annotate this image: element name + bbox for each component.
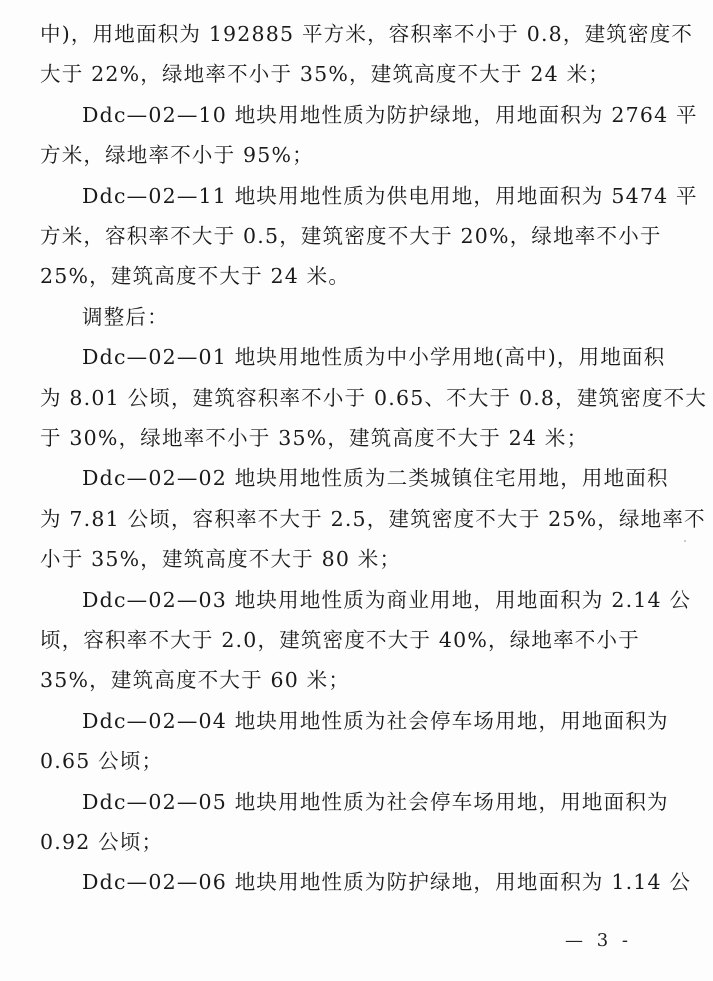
document-page: 中)，用地面积为 192885 平方米，容积率不小于 0.8，建筑密度不 大于 … (0, 0, 713, 981)
text-line: 35%，建筑高度不大于 60 米； (40, 667, 680, 693)
text-line: Ddc—02—03 地块用地性质为商业用地，用地面积为 2.14 公 (82, 587, 713, 613)
page-number: — 3 - (565, 930, 632, 952)
text-line: 为 8.01 公顷，建筑容积率不小于 0.65、不大于 0.8，建筑密度不大 (40, 385, 680, 411)
text-line: Ddc—02—11 地块用地性质为供电用地，用地面积为 5474 平 (82, 183, 713, 209)
text-line: 方米，绿地率不小于 95%； (40, 142, 680, 168)
text-line: Ddc—02—02 地块用地性质为二类城镇住宅用地，用地面积 (82, 465, 713, 491)
text-line: 0.92 公顷； (40, 829, 680, 855)
text-line: 顷，容积率不大于 2.0，建筑密度不大于 40%，绿地率不小于 (40, 627, 680, 653)
text-line: 方米，容积率不大于 0.5，建筑密度不大于 20%，绿地率不小于 (40, 223, 680, 249)
text-line: 0.65 公顷； (40, 748, 680, 774)
text-line: 中)，用地面积为 192885 平方米，容积率不小于 0.8，建筑密度不 (40, 21, 680, 47)
text-line: Ddc—02—05 地块用地性质为社会停车场用地，用地面积为 (82, 789, 713, 815)
text-line: Ddc—02—01 地块用地性质为中小学用地(高中)，用地面积 (82, 344, 713, 370)
text-line: 小于 35%，建筑高度不大于 80 米； (40, 546, 680, 572)
text-line: 25%，建筑高度不大于 24 米。 (40, 263, 680, 289)
text-line: 为 7.81 公顷，容积率不大于 2.5，建筑密度不大于 25%，绿地率不 (40, 506, 680, 532)
text-line: 于 30%，绿地率不小于 35%，建筑高度不大于 24 米； (40, 425, 680, 451)
text-line: 大于 22%，绿地率不小于 35%，建筑高度不大于 24 米； (40, 61, 680, 87)
text-line: Ddc—02—04 地块用地性质为社会停车场用地，用地面积为 (82, 708, 713, 734)
text-line: Ddc—02—10 地块用地性质为防护绿地，用地面积为 2764 平 (82, 102, 713, 128)
text-line: Ddc—02—06 地块用地性质为防护绿地，用地面积为 1.14 公 (82, 869, 713, 895)
scan-speck (684, 540, 686, 542)
section-heading: 调整后： (82, 304, 713, 330)
